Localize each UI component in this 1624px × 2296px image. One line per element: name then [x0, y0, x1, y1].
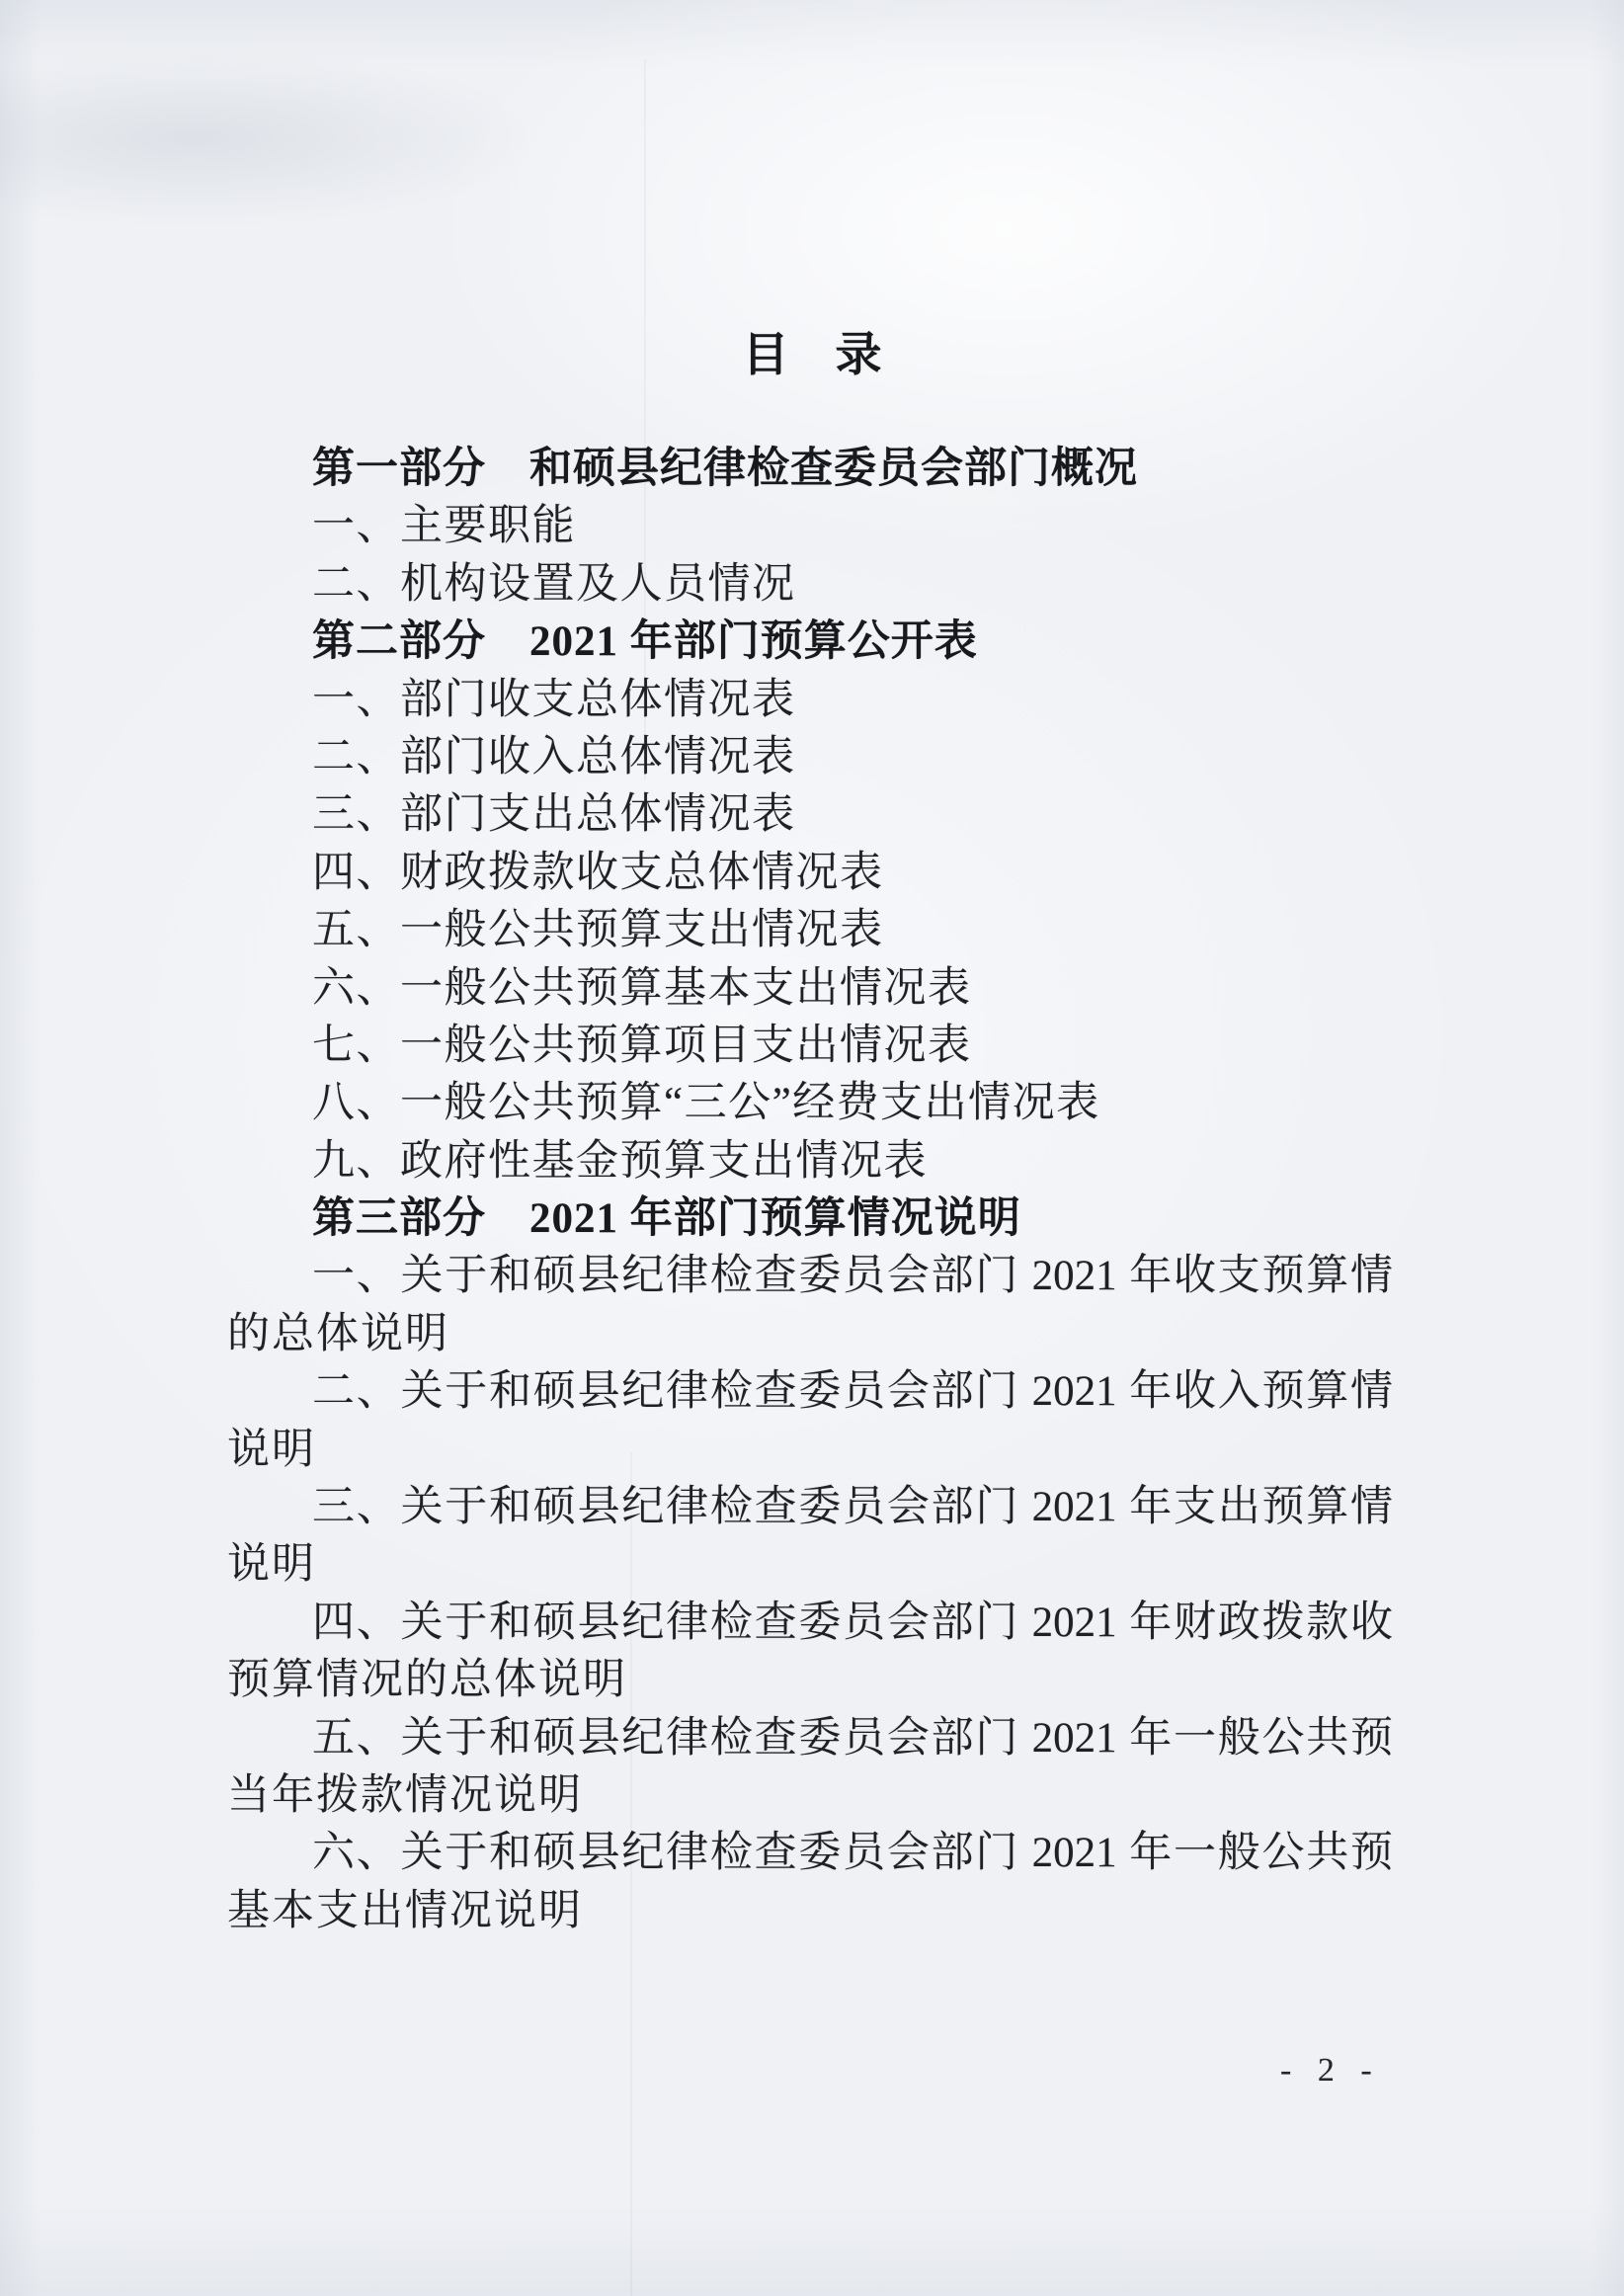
toc-line: 一、关于和硕县纪律检查委员会部门 2021 年收支预算情况	[227, 1248, 1393, 1305]
toc-line-wrap: 说明	[227, 1536, 1393, 1594]
toc-line: 五、一般公共预算支出情况表	[227, 902, 1393, 959]
toc-line: 九、政府性基金预算支出情况表	[227, 1133, 1393, 1190]
toc-line: 三、部门支出总体情况表	[227, 786, 1393, 844]
page-number: - 2 -	[1280, 2051, 1381, 2091]
toc-line: 四、财政拨款收支总体情况表	[227, 845, 1393, 902]
toc-line-wrap: 说明	[227, 1422, 1393, 1479]
toc-line: 二、部门收入总体情况表	[227, 729, 1393, 786]
toc-line: 四、关于和硕县纪律检查委员会部门 2021 年财政拨款收支	[227, 1595, 1393, 1652]
toc-line: 二、机构设置及人员情况	[227, 556, 1393, 614]
toc-line: 六、关于和硕县纪律检查委员会部门 2021 年一般公共预算	[227, 1825, 1393, 1882]
toc-line-wrap: 预算情况的总体说明	[227, 1652, 1393, 1709]
toc-line: 六、一般公共预算基本支出情况表	[227, 960, 1393, 1018]
toc-line-wrap: 当年拨款情况说明	[227, 1767, 1393, 1825]
toc-section-heading: 第二部分 2021 年部门预算公开表	[227, 614, 1393, 671]
toc-line-wrap: 的总体说明	[227, 1306, 1393, 1363]
toc-section-heading: 第一部分 和硕县纪律检查委员会部门概况	[227, 441, 1393, 498]
toc-line: 二、关于和硕县纪律检查委员会部门 2021 年收入预算情况	[227, 1363, 1393, 1421]
toc-line: 一、部门收支总体情况表	[227, 672, 1393, 729]
page-title: 目 录	[0, 326, 1624, 385]
table-of-contents: 第一部分 和硕县纪律检查委员会部门概况 一、主要职能 二、机构设置及人员情况 第…	[227, 441, 1393, 1940]
toc-line: 一、主要职能	[227, 498, 1393, 555]
toc-line: 七、一般公共预算项目支出情况表	[227, 1018, 1393, 1075]
toc-line-wrap: 基本支出情况说明	[227, 1883, 1393, 1940]
scanned-document-page: 目 录 第一部分 和硕县纪律检查委员会部门概况 一、主要职能 二、机构设置及人员…	[0, 0, 1624, 2296]
toc-section-heading: 第三部分 2021 年部门预算情况说明	[227, 1190, 1393, 1248]
toc-line: 五、关于和硕县纪律检查委员会部门 2021 年一般公共预算	[227, 1710, 1393, 1767]
toc-line: 八、一般公共预算“三公”经费支出情况表	[227, 1075, 1393, 1132]
toc-line: 三、关于和硕县纪律检查委员会部门 2021 年支出预算情况	[227, 1479, 1393, 1536]
